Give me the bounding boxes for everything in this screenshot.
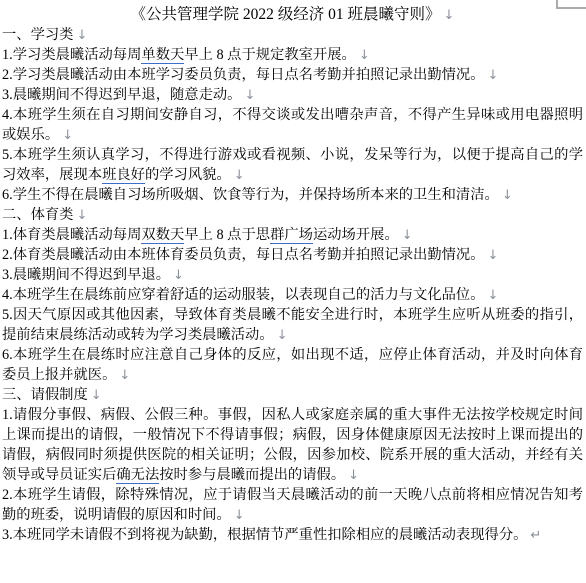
text-run: 提前结束晨练活动或转为学习类晨曦活动。 [2,327,274,343]
text-run: 3.晨曦期间不得迟到早退。 [2,267,170,283]
text-run: 三、请假制度 [2,387,88,403]
text-run: 3.本班同学未请假不到将视为缺勤，根据情节严重性扣除相应的晨曦活动表现得分。 [2,527,527,543]
document-title-line: 《公共管理学院 2022 级经济 01 班晨曦守则》↓ [2,5,583,25]
line-break-mark-icon: ↓ [76,28,87,43]
text-run: 运动场开展。 [313,227,399,243]
text-run: 4.本班学生须在自习期间安静自习，不得交谈或发出嘈杂声音，不得产生异味或用电器照… [2,107,583,123]
grammar-underlined-run: 群广场 [270,227,313,245]
text-run: 按时参与晨曦而提出的请假。 [159,467,345,483]
document-line: 领导或导员证实后确无法按时参与晨曦而提出的请假。↓ [2,465,583,485]
text-run: 5.本班学生须认真学习，不得进行游戏或看视频、小说，发呆等行为，以便于提高自己的… [2,147,583,163]
text-run: 一、学习类 [2,27,73,43]
grammar-underlined-run: 确无法 [116,467,159,485]
text-run: 早上 8 点于规定教室开展。 [184,47,356,63]
grammar-underlined-run: 双数天 [141,227,184,245]
document-line: 1.学习类晨曦活动每周单数天早上 8 点于规定教室开展。↓ [2,45,583,65]
text-run: 6.本班学生在晨练时应注意自己身体的反应，如出现不适，应停止体育活动，并及时向体… [2,347,583,363]
line-break-mark-icon: ↓ [502,188,513,203]
document-line: 上课而提出的请假，一般情况下不得请事假；病假，因身体健康原因无法按时上课而提出的 [2,425,583,445]
line-break-mark-icon: ↓ [488,68,499,83]
line-break-mark-icon: ↓ [348,468,359,483]
document-line: 5.因天气原因或其他因素，导致体育类晨曦不能安全进行时，本班学生应听从班委的指引… [2,305,583,325]
document-line: 3.晨曦期间不得迟到早退。↓ [2,265,583,285]
document-line: 3.本班同学未请假不到将视为缺勤，根据情节严重性扣除相应的晨曦活动表现得分。↵ [2,525,583,545]
line-break-mark-icon: ↓ [234,508,245,523]
document-line: 4.本班学生须在自习期间安静自习，不得交谈或发出嘈杂声音，不得产生异味或用电器照… [2,105,583,125]
document-line: 1.请假分事假、病假、公假三种。事假，因私人或家庭亲属的重大事件无法按学校规定时… [2,405,583,425]
document-line: 勤的班委，说明请假的原因和时间。↓ [2,505,583,525]
document-line: 4.本班学生在晨练前应穿着舒适的运动服装，以表现自己的活力与文化品位。↓ [2,285,583,305]
text-run: 上课而提出的请假，一般情况下不得请事假；病假，因身体健康原因无法按时上课而提出的 [2,427,583,443]
grammar-underlined-run: 单数天 [141,47,184,65]
document-line: 提前结束晨练活动或转为学习类晨曦活动。↓ [2,325,583,345]
text-run: 早上 8 点于思 [184,227,270,243]
document-line: 一、学习类↓ [2,25,583,45]
document-line: 1.体育类晨曦活动每周双数天早上 8 点于思群广场运动场开展。↓ [2,225,583,245]
line-break-mark-icon: ↓ [62,128,73,143]
document-line: 委员上报并就医。↓ [2,365,583,385]
document-line: 2.学习类晨曦活动由本班学习委员负责，每日点名考勤并拍照记录出勤情况。↓ [2,65,583,85]
text-run: 《公共管理学院 2022 级经济 01 班晨曦守则》 [131,6,441,23]
text-run: 委员上报并就医。 [2,367,116,383]
line-break-mark-icon: ↓ [119,368,130,383]
document-line: 6.学生不得在晨曦自习场所吸烟、饮食等行为，并保持场所本来的卫生和清洁。↓ [2,185,583,205]
document-line: 2.体育类晨曦活动由本班体育委员负责，每日点名考勤并拍照记录出勤情况。↓ [2,245,583,265]
line-break-mark-icon: ↓ [488,288,499,303]
document-line: 三、请假制度↓ [2,385,583,405]
document-line: 请假，病假同时须提供医院的相关证明；公假，因参加校、院系开展的重大活动，并经有关 [2,445,583,465]
text-run: 5.因天气原因或其他因素，导致体育类晨曦不能安全进行时，本班学生应听从班委的指引… [2,307,583,323]
document-line: 6.本班学生在晨练时应注意自己身体的反应，如出现不适，应停止体育活动，并及时向体… [2,345,583,365]
paragraph-mark-icon: ↵ [530,528,541,543]
document-page[interactable]: 《公共管理学院 2022 级经济 01 班晨曦守则》↓一、学习类↓1.学习类晨曦… [0,0,586,583]
document-line: 二、体育类↓ [2,205,583,225]
line-break-mark-icon: ↓ [244,88,255,103]
line-break-mark-icon: ↓ [234,168,245,183]
text-run: 1.请假分事假、病假、公假三种。事假，因私人或家庭亲属的重大事件无法按学校规定时… [2,407,583,423]
text-run: 1.学习类晨曦活动每周 [2,47,141,63]
text-run: 4.本班学生在晨练前应穿着舒适的运动服装，以表现自己的活力与文化品位。 [2,287,485,303]
text-run: 3.晨曦期间不得迟到早退，随意走动。 [2,87,241,103]
text-run: 请假，病假同时须提供医院的相关证明；公假，因参加校、院系开展的重大活动，并经有关 [2,447,583,463]
document-line: 3.晨曦期间不得迟到早退，随意走动。↓ [2,85,583,105]
document-line: 习效率，展现本班良好的学习风貌。↓ [2,165,583,185]
text-run: 1.体育类晨曦活动每周 [2,227,141,243]
line-break-mark-icon: ↓ [173,268,184,283]
text-run: 习效率，展现本 [2,167,102,183]
text-run: 勤的班委，说明请假的原因和时间。 [2,507,231,523]
text-run: 二、体育类 [2,207,73,223]
text-run: 6.学生不得在晨曦自习场所吸烟、饮食等行为，并保持场所本来的卫生和清洁。 [2,187,499,203]
page-corner-crop-mark [556,0,586,9]
line-break-mark-icon: ↓ [76,208,87,223]
text-run: 或娱乐。 [2,127,59,143]
text-run: 2.本班学生请假，除特殊情况，应于请假当天晨曦活动的前一天晚八点前将相应情况告知… [2,487,583,503]
line-break-mark-icon: ↓ [91,388,102,403]
line-break-mark-icon: ↓ [277,328,288,343]
text-run: 的学习风貌。 [145,167,231,183]
document-line: 5.本班学生须认真学习，不得进行游戏或看视频、小说，发呆等行为，以便于提高自己的… [2,145,583,165]
line-break-mark-icon: ↓ [402,228,413,243]
document-line: 2.本班学生请假，除特殊情况，应于请假当天晨曦活动的前一天晚八点前将相应情况告知… [2,485,583,505]
line-break-mark-icon: ↓ [488,248,499,263]
document-line: 或娱乐。↓ [2,125,583,145]
text-run: 领导或导员证实后 [2,467,116,483]
text-run: 2.体育类晨曦活动由本班体育委员负责，每日点名考勤并拍照记录出勤情况。 [2,247,485,263]
grammar-underlined-run: 班良好 [102,167,145,185]
line-break-mark-icon: ↓ [359,48,370,63]
text-run: 2.学习类晨曦活动由本班学习委员负责，每日点名考勤并拍照记录出勤情况。 [2,67,485,83]
line-break-mark-icon: ↓ [444,8,455,23]
